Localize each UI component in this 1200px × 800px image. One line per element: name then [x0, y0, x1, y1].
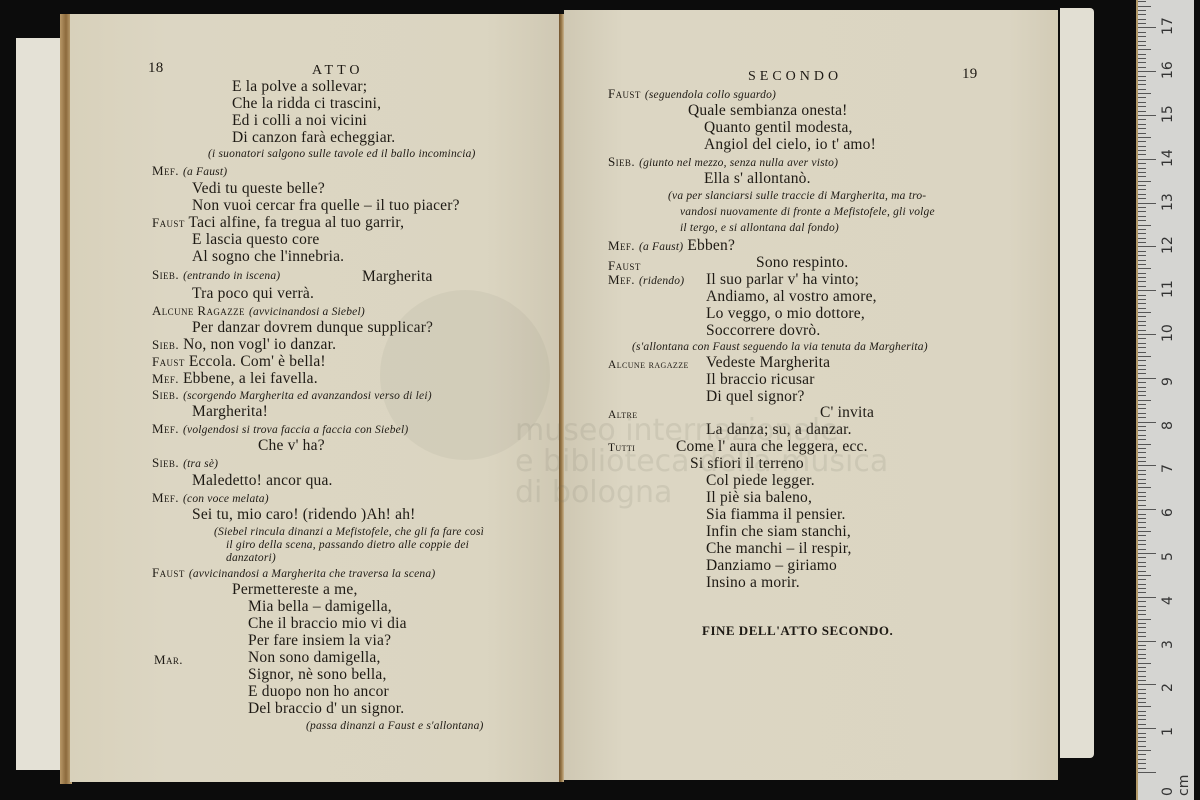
ruler-label: 5 — [1160, 552, 1176, 561]
ruler-tick — [1138, 553, 1156, 554]
ruler-tick — [1138, 435, 1146, 436]
right-page: SECONDO 19 Faust (seguendola collo sguar… — [564, 10, 1058, 780]
ruler-tick — [1138, 32, 1146, 33]
ruler-tick — [1138, 693, 1146, 694]
ruler-tick — [1138, 535, 1146, 536]
speaker-name: Faust — [152, 565, 185, 580]
ruler-tick — [1138, 641, 1156, 642]
verse-line: Tra poco qui verrà. — [192, 285, 314, 302]
ruler-tick — [1138, 347, 1146, 348]
stage-direction: (ridendo) — [639, 275, 684, 287]
ruler-label: 6 — [1160, 508, 1176, 517]
ruler-tick — [1138, 163, 1146, 164]
ruler-tick — [1138, 286, 1146, 287]
ruler-tick — [1138, 124, 1146, 125]
ruler-tick — [1138, 76, 1146, 77]
speaker-line: Sieb. (tra sè) — [152, 454, 218, 473]
stage-direction: (scorgendo Margherita ed avanzandosi ver… — [183, 390, 432, 402]
verse-line: Maledetto! ancor qua. — [192, 472, 333, 489]
ruler-tick — [1138, 706, 1151, 707]
ruler-label: 13 — [1160, 193, 1176, 211]
ruler-tick — [1138, 260, 1146, 261]
ruler-tick — [1138, 185, 1146, 186]
stage-direction: (a Faust) — [639, 241, 683, 253]
ruler-tick — [1138, 623, 1146, 624]
ruler-tick — [1138, 264, 1146, 265]
verse-line: Non sono damigella, — [248, 649, 381, 666]
left-page: 18 ATTO E la polve a sollevar; Che la ri… — [70, 14, 560, 782]
ruler-tick — [1138, 238, 1146, 239]
ruler-tick — [1138, 663, 1151, 664]
verse-line: Soccorrere dovrò. — [706, 322, 820, 339]
ruler-tick — [1138, 479, 1146, 480]
ruler-tick — [1138, 382, 1146, 383]
ruler-tick — [1138, 680, 1146, 681]
ruler-tick — [1138, 500, 1146, 501]
verse-line: Quanto gentil modesta, — [704, 119, 853, 136]
verse-line: Angiol del cielo, io t' amo! — [704, 136, 876, 153]
measurement-ruler: 0 cm1234567891011121314151617 — [1136, 0, 1194, 800]
ruler-tick — [1138, 737, 1146, 738]
ruler-tick — [1138, 84, 1146, 85]
ruler-tick — [1138, 176, 1146, 177]
speaker-name: Alcune ragazze — [608, 357, 689, 374]
speaker-name: Sieb. — [152, 337, 179, 352]
ruler-tick — [1138, 97, 1146, 98]
stage-direction: (tra sè) — [183, 458, 218, 470]
ruler-label: 9 — [1160, 377, 1176, 386]
verse-line: Come l' aura che leggera, ecc. — [676, 438, 868, 455]
ruler-tick — [1138, 93, 1151, 94]
ruler-tick — [1138, 492, 1146, 493]
speaker-name: Mef. — [152, 490, 179, 505]
ruler-tick — [1138, 373, 1146, 374]
ruler-tick — [1138, 316, 1146, 317]
ruler-tick — [1138, 571, 1146, 572]
speaker-line: Sieb. (entrando in iscena) — [152, 266, 280, 285]
ruler-tick — [1138, 601, 1146, 602]
stage-direction: (con voce melata) — [183, 493, 269, 505]
stage-direction: (seguendola collo sguardo) — [645, 89, 776, 101]
speaker-name: Sieb. — [152, 267, 179, 282]
verse-line: Di quel signor? — [706, 388, 805, 405]
verse-line: Mia bella – damigella, — [248, 598, 392, 615]
speaker-name: Faust — [608, 86, 641, 101]
ruler-tick — [1138, 49, 1151, 50]
ruler-tick — [1138, 417, 1146, 418]
verse-line: Infin che siam stanchi, — [706, 523, 851, 540]
verse-line: E lascia questo core — [192, 231, 320, 248]
ruler-tick — [1138, 378, 1156, 379]
verse-line: Lo veggo, o mio dottore, — [706, 305, 865, 322]
ruler-tick — [1138, 400, 1151, 401]
ruler-label: 7 — [1160, 464, 1176, 473]
ruler-tick — [1138, 229, 1146, 230]
stage-direction: (avvicinandosi a Siebel) — [249, 306, 365, 318]
ruler-tick — [1138, 154, 1146, 155]
ruler-tick — [1138, 268, 1151, 269]
ruler-tick — [1138, 246, 1156, 247]
verse-text: Ebben? — [687, 237, 735, 254]
verse-line: La danza; su, a danzar. — [706, 421, 852, 438]
verse-text: Taci alfine, fa tregua al tuo garrir, — [189, 214, 405, 231]
ruler-tick — [1138, 172, 1146, 173]
ruler-tick — [1138, 549, 1146, 550]
ruler-tick — [1138, 207, 1146, 208]
ruler-tick — [1138, 474, 1146, 475]
ruler-tick — [1138, 299, 1146, 300]
stage-direction: (entrando in iscena) — [183, 270, 280, 282]
verse-line: Il suo parlar v' ha vinto; — [706, 271, 859, 288]
ruler-tick — [1138, 667, 1146, 668]
ruler-tick — [1138, 58, 1146, 59]
speaker-name: Faust — [152, 215, 185, 230]
ruler-tick — [1138, 321, 1146, 322]
verse-line: Non vuoi cercar fra quelle – il tuo piac… — [192, 197, 460, 214]
ruler-tick — [1138, 496, 1146, 497]
ruler-tick — [1138, 610, 1146, 611]
ruler-tick — [1138, 54, 1146, 55]
ruler-tick — [1138, 654, 1146, 655]
speaker-name: Mef. — [152, 421, 179, 436]
ruler-tick — [1138, 242, 1146, 243]
ruler-tick — [1138, 408, 1146, 409]
ruler-tick — [1138, 10, 1146, 11]
stage-direction: (va per slanciarsi sulle traccie di Marg… — [668, 188, 926, 205]
ruler-tick — [1138, 391, 1146, 392]
verse-line: Margherita — [362, 268, 433, 285]
stage-direction: (a Faust) — [183, 166, 227, 178]
ruler-tick — [1138, 728, 1156, 729]
ruler-tick — [1138, 290, 1156, 291]
verse-line: Del braccio d' un signor. — [248, 700, 404, 717]
ruler-tick — [1138, 461, 1146, 462]
ruler-tick — [1138, 133, 1146, 134]
ruler-tick — [1138, 733, 1146, 734]
speaker-name: Mef. — [608, 238, 635, 253]
ruler-tick — [1138, 579, 1146, 580]
speaker-name: Mef. — [152, 163, 179, 178]
ruler-label: 11 — [1160, 280, 1176, 298]
ruler-tick — [1138, 312, 1151, 313]
ruler-tick — [1138, 325, 1146, 326]
speaker-name: Sieb. — [608, 154, 635, 169]
ruler-tick — [1138, 308, 1146, 309]
ruler-tick — [1138, 509, 1156, 510]
ruler-tick — [1138, 483, 1146, 484]
ruler-tick — [1138, 277, 1146, 278]
ruler-tick — [1138, 754, 1146, 755]
ruler-tick — [1138, 19, 1146, 20]
ruler-tick — [1138, 763, 1146, 764]
ruler-tick — [1138, 137, 1151, 138]
running-header-left: ATTO — [312, 62, 364, 79]
speaker-name: Sieb. — [152, 387, 179, 402]
ruler-tick — [1138, 189, 1146, 190]
ruler-tick — [1138, 198, 1146, 199]
verse-line: Che manchi – il respir, — [706, 540, 852, 557]
ruler-tick — [1138, 592, 1146, 593]
verse-line: Il braccio ricusar — [706, 371, 815, 388]
speaker-line: Mef. (ridendo) — [608, 271, 684, 290]
speaker-name: Faust — [152, 354, 185, 369]
speaker-name: Altre — [608, 407, 638, 424]
ruler-tick — [1138, 62, 1146, 63]
ruler-tick — [1138, 395, 1146, 396]
speaker-line: Faust Eccola. Com' è bella! — [152, 353, 326, 370]
ruler-label: 16 — [1160, 61, 1176, 79]
ruler-tick — [1138, 619, 1151, 620]
page-number-left: 18 — [148, 60, 163, 77]
stage-direction: il tergo, e si allontana dal fondo) — [680, 220, 839, 237]
ruler-tick — [1138, 540, 1146, 541]
verse-line: Insino a morir. — [706, 574, 800, 591]
ruler-tick — [1138, 487, 1151, 488]
ruler-tick — [1138, 606, 1146, 607]
ruler-tick — [1138, 128, 1146, 129]
ruler-tick — [1138, 430, 1146, 431]
verse-line: E la polve a sollevar; — [232, 78, 367, 95]
ruler-tick — [1138, 531, 1151, 532]
ruler-tick — [1138, 448, 1146, 449]
ruler-label: 15 — [1160, 105, 1176, 123]
ruler-label: 2 — [1160, 683, 1176, 692]
verse-line: Vedeste Margherita — [706, 354, 830, 371]
ruler-tick — [1138, 676, 1146, 677]
speaker-name: Sieb. — [152, 455, 179, 470]
verse-text: Eccola. Com' è bella! — [189, 353, 326, 370]
ruler-tick — [1138, 168, 1146, 169]
speaker-line: Mef. Ebbene, a lei favella. — [152, 370, 318, 387]
verse-text: Ebbene, a lei favella. — [183, 370, 318, 387]
ruler-tick — [1138, 330, 1146, 331]
verse-line: Col piede legger. — [706, 472, 815, 489]
ruler-tick — [1138, 413, 1146, 414]
verse-line: Di canzon farà echeggiar. — [232, 129, 395, 146]
ruler-tick — [1138, 597, 1156, 598]
ruler-tick — [1138, 719, 1146, 720]
ruler-label: 12 — [1160, 237, 1176, 255]
backing-sheet-right — [1060, 8, 1094, 758]
ruler-tick — [1138, 80, 1146, 81]
ruler-tick — [1138, 768, 1146, 769]
verse-line: Andiamo, al vostro amore, — [706, 288, 877, 305]
ruler-tick — [1138, 614, 1146, 615]
ruler-tick — [1138, 14, 1146, 15]
speaker-name: Mar. — [154, 651, 183, 668]
ruler-tick — [1138, 119, 1146, 120]
ruler-tick — [1138, 746, 1146, 747]
verse-line: Danziamo – giriamo — [706, 557, 837, 574]
verse-line: Al sogno che l'innebria. — [192, 248, 344, 265]
ruler-tick — [1138, 562, 1146, 563]
ruler-tick — [1138, 220, 1146, 221]
ruler-tick — [1138, 470, 1146, 471]
ruler-tick — [1138, 557, 1146, 558]
ruler-tick — [1138, 698, 1146, 699]
ruler-label: 10 — [1160, 324, 1176, 342]
stage-direction: (i suonatori salgono sulle tavole ed il … — [208, 146, 476, 163]
ruler-tick — [1138, 141, 1146, 142]
ruler-tick — [1138, 465, 1156, 466]
ruler-tick — [1138, 365, 1146, 366]
ruler-tick — [1138, 649, 1146, 650]
ruler-tick — [1138, 36, 1146, 37]
ruler-tick — [1138, 387, 1146, 388]
verse-line: Ella s' allontanò. — [704, 170, 811, 187]
ruler-tick — [1138, 759, 1146, 760]
ruler-tick — [1138, 102, 1146, 103]
verse-text: No, non vogl' io danzar. — [183, 336, 336, 353]
ruler-tick — [1138, 750, 1151, 751]
ruler-tick — [1138, 1, 1146, 2]
verse-line: Sei tu, mio caro! (ridendo )Ah! ah! — [192, 506, 416, 523]
ruler-tick — [1138, 632, 1146, 633]
ruler-tick — [1138, 194, 1146, 195]
ruler-tick — [1138, 444, 1151, 445]
ruler-tick — [1138, 115, 1156, 116]
ruler-tick — [1138, 146, 1146, 147]
speaker-name: Alcune Ragazze — [152, 303, 245, 318]
ruler-tick — [1138, 741, 1146, 742]
ruler-tick — [1138, 334, 1156, 335]
ruler-tick — [1138, 636, 1146, 637]
ruler-tick — [1138, 352, 1146, 353]
ruler-tick — [1138, 671, 1146, 672]
verse-line: Che v' ha? — [258, 437, 325, 454]
ruler-tick — [1138, 181, 1151, 182]
verse-line: Signor, nè sono bella, — [248, 666, 387, 683]
ruler-tick — [1138, 426, 1146, 427]
stage-direction: (giunto nel mezzo, senza nulla aver vist… — [639, 157, 838, 169]
ruler-tick — [1138, 627, 1146, 628]
verse-line: Quale sembianza onesta! — [688, 102, 848, 119]
ruler-tick — [1138, 566, 1146, 567]
stage-direction: vandosi nuovamente di fronte a Mefistofe… — [680, 204, 935, 221]
ruler-tick — [1138, 518, 1146, 519]
ruler-tick — [1138, 203, 1156, 204]
ruler-tick — [1138, 715, 1146, 716]
ruler-tick — [1138, 457, 1146, 458]
ruler-label: 4 — [1160, 596, 1176, 605]
speaker-name: Tutti — [608, 440, 635, 457]
verse-line: Si sfiori il terreno — [690, 455, 804, 472]
verse-line: Che la ridda ci trascini, — [232, 95, 381, 112]
ruler-tick — [1138, 356, 1151, 357]
verse-line: C' invita — [820, 404, 874, 421]
ruler-tick — [1138, 23, 1146, 24]
act-closing: FINE DELL'ATTO SECONDO. — [702, 622, 893, 639]
ruler-tick — [1138, 689, 1146, 690]
ruler-tick — [1138, 404, 1146, 405]
verse-line: Permettereste a me, — [232, 581, 358, 598]
verse-line: Ed i colli a noi vicini — [232, 112, 367, 129]
ruler-tick — [1138, 281, 1146, 282]
verse-line: Sono respinto. — [756, 254, 848, 271]
verse-line: Per fare insiem la via? — [248, 632, 391, 649]
ruler-tick — [1138, 159, 1156, 160]
ruler-tick — [1138, 702, 1146, 703]
ruler-tick — [1138, 711, 1146, 712]
ruler-tick — [1138, 369, 1146, 370]
ruler-tick — [1138, 111, 1146, 112]
ruler-tick — [1138, 343, 1146, 344]
ruler-tick — [1138, 422, 1156, 423]
speaker-line: Mef. (a Faust) Ebben? — [608, 237, 735, 256]
ruler-tick — [1138, 211, 1146, 212]
ruler-tick — [1138, 27, 1156, 28]
ruler-tick — [1138, 216, 1146, 217]
ruler-label: 8 — [1160, 421, 1176, 430]
speaker-line: Mef. (a Faust) — [152, 162, 227, 181]
ruler-tick — [1138, 150, 1146, 151]
speaker-line: Sieb. No, non vogl' io danzar. — [152, 336, 336, 353]
verse-line: Margherita! — [192, 403, 268, 420]
speaker-name: Mef. — [152, 371, 179, 386]
ruler-tick — [1138, 588, 1146, 589]
ruler-tick — [1138, 295, 1146, 296]
verse-line: Per danzar dovrem dunque supplicar? — [192, 319, 433, 336]
ruler-label: 3 — [1160, 640, 1176, 649]
ruler-tick — [1138, 6, 1151, 7]
stage-direction: (passa dinanzi a Faust e s'allontana) — [306, 718, 484, 735]
ruler-label: 14 — [1160, 149, 1176, 167]
ruler-tick — [1138, 360, 1146, 361]
ruler-tick — [1138, 303, 1146, 304]
ruler-tick — [1138, 772, 1156, 773]
ruler-tick — [1138, 575, 1151, 576]
ruler-tick — [1138, 658, 1146, 659]
ruler-label: 1 — [1160, 727, 1176, 736]
ruler-tick — [1138, 645, 1146, 646]
ruler-tick — [1138, 514, 1146, 515]
ruler-tick — [1138, 273, 1146, 274]
ruler-tick — [1138, 522, 1146, 523]
stage-direction: (avvicinandosi a Margherita che traversa… — [189, 568, 436, 580]
ruler-tick — [1138, 233, 1146, 234]
ruler-tick — [1138, 71, 1156, 72]
verse-line: Sia fiamma il pensier. — [706, 506, 846, 523]
ruler-tick — [1138, 527, 1146, 528]
ruler-tick — [1138, 684, 1156, 685]
ruler-tick — [1138, 67, 1146, 68]
ruler-tick — [1138, 338, 1146, 339]
ruler-tick — [1138, 255, 1146, 256]
page-number-right: 19 — [962, 66, 977, 83]
ruler-tick — [1138, 251, 1146, 252]
ruler-tick — [1138, 505, 1146, 506]
ruler-tick — [1138, 439, 1146, 440]
running-header-right: SECONDO — [748, 68, 842, 85]
ruler-tick — [1138, 584, 1146, 585]
ruler-tick — [1138, 724, 1146, 725]
ruler-label: 0 cm — [1160, 762, 1192, 796]
ruler-tick — [1138, 89, 1146, 90]
stage-direction: (volgendosi si trova faccia a faccia con… — [183, 424, 408, 436]
ruler-tick — [1138, 452, 1146, 453]
ruler-label: 17 — [1160, 18, 1176, 36]
ruler-tick — [1138, 45, 1146, 46]
verse-line: Il piè sia baleno, — [706, 489, 812, 506]
verse-line: E duopo non ho ancor — [248, 683, 389, 700]
speaker-line: Faust Taci alfine, fa tregua al tuo garr… — [152, 214, 404, 231]
speaker-name: Mef. — [608, 272, 635, 287]
verse-line: Che il braccio mio vi dia — [248, 615, 407, 632]
ruler-tick — [1138, 225, 1151, 226]
ruler-tick — [1138, 544, 1146, 545]
ruler-tick — [1138, 106, 1146, 107]
verse-line: Vedi tu queste belle? — [192, 180, 325, 197]
